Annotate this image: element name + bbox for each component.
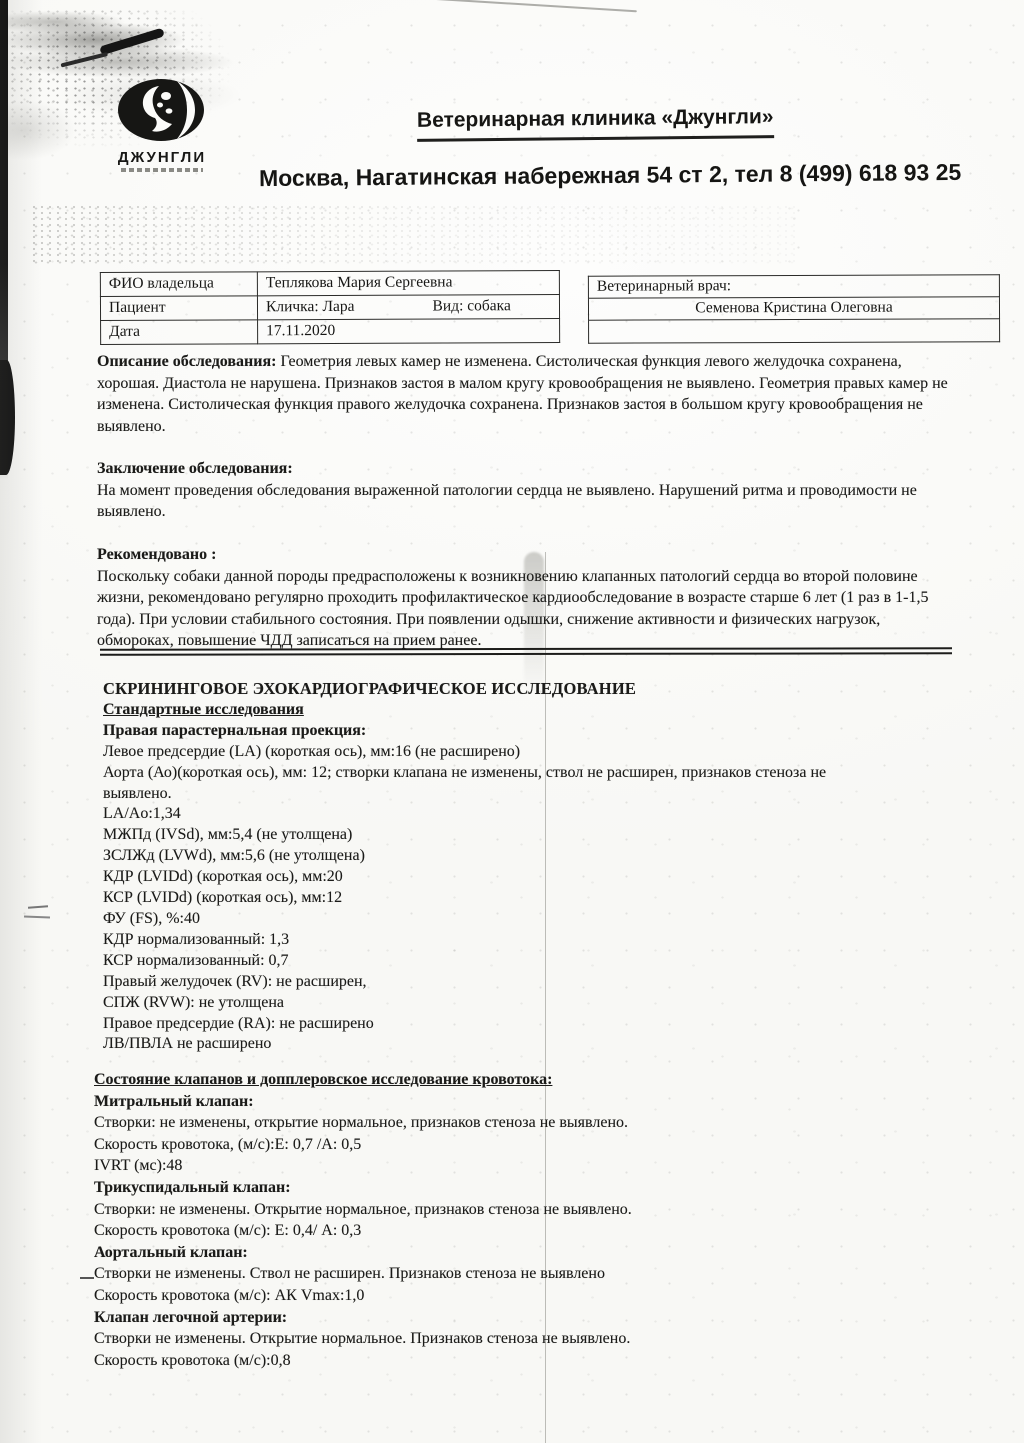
measurement-line: МЖПд (IVSd), мм:5,4 (не утолщена) (103, 825, 955, 846)
vet-empty-row (589, 319, 1000, 343)
vet-label-row: Ветеринарный врач: (588, 275, 999, 298)
scan-dash-artifact (28, 905, 48, 908)
valves-section: Состояние клапанов и допплеровское иссле… (94, 1069, 956, 1371)
clinic-name-title: Ветеринарная клиника «Джунгли» (417, 105, 774, 142)
recommendation-text: Поскольку собаки данной породы предраспо… (97, 566, 957, 652)
measurement-line: LA/Ao:1,34 (103, 804, 955, 825)
mitral-valve-heading: Митральный клапан: (94, 1091, 956, 1113)
owner-value: Теплякова Мария Сергеевна (257, 270, 559, 295)
clinic-address-line: Москва, Нагатинская набережная 54 ст 2, … (259, 159, 961, 192)
date-row: Дата 17.11.2020 (101, 318, 560, 344)
tricuspid-valve-heading: Трикуспидальный клапан: (94, 1177, 956, 1199)
measurement-line: КДР нормализованный: 1,3 (103, 930, 955, 951)
vet-empty-cell (589, 319, 1000, 343)
measurement-line: КСР (LVIDd) (короткая ось), мм:12 (103, 888, 955, 909)
logo-tagline-strip (121, 168, 203, 172)
vet-name: Семенова Кристина Олеговна (588, 297, 999, 320)
valve-line: Створки: не изменены, открытие нормально… (94, 1112, 956, 1134)
monkey-jungle-logo-icon (117, 129, 207, 146)
scan-noise-band (30, 204, 800, 266)
measurement-line: Аорта (Ао)(короткая ось), мм: 12; створк… (103, 763, 955, 784)
scan-dash-artifact (80, 1277, 94, 1279)
measurement-line: Правый желудочек (RV): не расширен, (103, 972, 955, 993)
screening-title: СКРИНИНГОВОЕ ЭХОКАРДИОГРАФИЧЕСКОЕ ИССЛЕД… (103, 679, 955, 700)
conclusion-section: Заключение обследования: На момент прове… (97, 458, 953, 523)
measurement-line: Правое предсердие (RA): не расширено (103, 1014, 955, 1035)
date-label: Дата (101, 320, 258, 345)
scan-dash-artifact (24, 916, 50, 919)
scanned-report-page: ДЖУНГЛИ Ветеринарная клиника «Джунгли» М… (0, 0, 1024, 1443)
measurement-line: ФУ (FS), %:40 (103, 909, 955, 930)
valve-line: Скорость кровотока, (м/с):Е: 0,7 /А: 0,5 (94, 1134, 956, 1156)
measurement-line: КСР нормализованный: 0,7 (103, 951, 955, 972)
valve-line: Створки: не изменены. Открытие нормально… (94, 1199, 956, 1221)
patient-label: Пациент (100, 296, 257, 321)
aortic-valve-heading: Аортальный клапан: (94, 1242, 956, 1264)
owner-row: ФИО владельца Теплякова Мария Сергеевна (100, 270, 559, 296)
screening-subtitle: Стандартные исследования (103, 700, 955, 721)
pulmonary-valve-heading: Клапан легочной артерии: (94, 1307, 956, 1329)
date-value: 17.11.2020 (258, 318, 560, 343)
description-label: Описание обследования: (97, 353, 276, 370)
measurement-line: СПЖ (RVW): не утолщена (103, 993, 955, 1014)
measurement-line: Левое предсердие (LA) (короткая ось), мм… (103, 742, 955, 763)
valve-line: Створки не изменены. Открытие нормальное… (94, 1328, 956, 1350)
double-rule-separator (100, 647, 952, 655)
measurement-line: ЗСЛЖд (LVWd), мм:5,6 (не утолщена) (103, 846, 955, 867)
measurement-line: выявлено. (103, 784, 955, 805)
projection-heading: Правая парастернальная проекция: (103, 721, 955, 742)
vet-label: Ветеринарный врач: (588, 275, 999, 298)
logo-wordmark: ДЖУНГЛИ (112, 149, 212, 166)
measurement-line: ЛВ/ПВЛА не расширено (103, 1034, 955, 1055)
valve-line: Створки не изменены. Ствол не расширен. … (94, 1263, 956, 1285)
ink-streak-mark (99, 28, 165, 56)
measurement-line: КДР (LVIDd) (короткая ось), мм:20 (103, 867, 955, 888)
owner-info-table: ФИО владельца Теплякова Мария Сергеевна … (100, 270, 560, 345)
valve-line: Скорость кровотока (м/с):0,8 (94, 1350, 956, 1372)
recommendation-section: Рекомендовано : Поскольку собаки данной … (97, 544, 957, 652)
recommendation-label: Рекомендовано : (97, 544, 957, 566)
description-paragraph: Описание обследования: Геометрия левых к… (97, 351, 953, 437)
valve-line: Скорость кровотока (м/с): АК Vmax:1,0 (94, 1285, 956, 1307)
clinic-logo: ДЖУНГЛИ (112, 78, 212, 172)
scan-line-artifact (432, 0, 637, 12)
owner-label: ФИО владельца (100, 272, 257, 297)
species-value: Вид: собака (433, 297, 511, 314)
valves-heading: Состояние клапанов и допплеровское иссле… (94, 1069, 956, 1091)
conclusion-text: На момент проведения обследования выраже… (97, 480, 953, 523)
veterinarian-table: Ветеринарный врач: Семенова Кристина Оле… (588, 274, 1000, 343)
patient-row: Пациент Кличка: ЛараВид: собака (100, 294, 559, 320)
vet-name-row: Семенова Кристина Олеговна (588, 297, 999, 320)
screening-section: СКРИНИНГОВОЕ ЭХОКАРДИОГРАФИЧЕСКОЕ ИССЛЕД… (103, 679, 955, 1055)
description-section: Описание обследования: Геометрия левых к… (97, 351, 953, 437)
scan-edge-blob (0, 360, 15, 475)
patient-value: Кличка: ЛараВид: собака (257, 294, 559, 319)
conclusion-label: Заключение обследования: (97, 458, 953, 480)
valve-line: Скорость кровотока (м/с): Е: 0,4/ А: 0,3 (94, 1220, 956, 1242)
valve-line: IVRT (мс):48 (94, 1155, 956, 1177)
